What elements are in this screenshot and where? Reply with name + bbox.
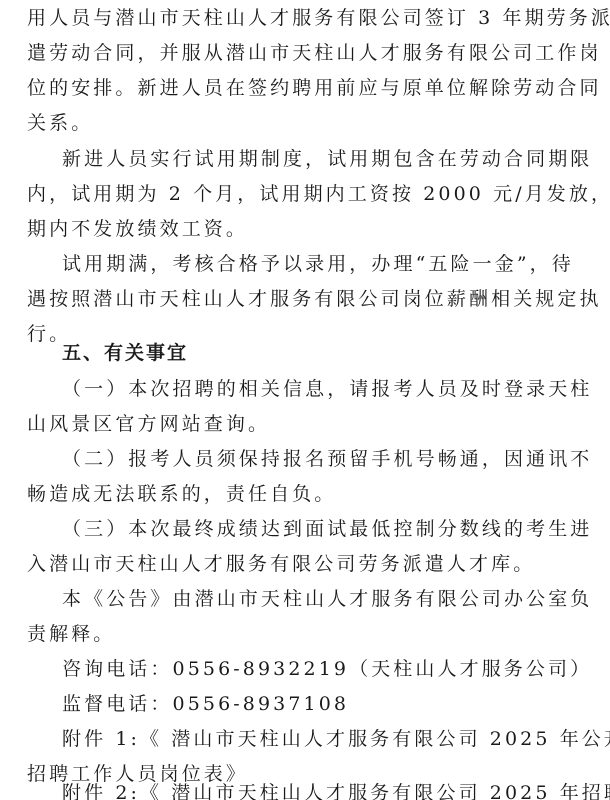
consult-phone-line: 咨询电话：0556-8932219（天柱山人才服务公司）	[62, 655, 483, 683]
attachment-1-line: 附件 1:《 潜山市天柱山人才服务有限公司 2025 年公开	[62, 725, 483, 753]
text-line-18: 本《公告》由潜山市天柱山人才服务有限公司办公室负	[62, 585, 483, 613]
text-line-16: （三）本次最终成绩达到面试最低控制分数线的考生进	[62, 515, 483, 543]
text-line-1: 用人员与潜山市天柱山人才服务有限公司签订 3 年期劳务派	[27, 4, 483, 32]
text-line-17: 入潜山市天柱山人才服务有限公司劳务派遣人才库。	[27, 550, 483, 578]
text-line-12: （一）本次招聘的相关信息，请报考人员及时登录天柱	[62, 375, 483, 403]
section-heading: 五、有关事宜	[62, 339, 483, 367]
attachment-2-line: 附件 2:《 潜山市天柱山人才服务有限公司 2025 年招聘	[62, 779, 483, 800]
text-line-3: 位的安排。新进人员在签约聘用前应与原单位解除劳动合同	[27, 74, 483, 102]
text-line-19: 责解释。	[27, 620, 483, 648]
text-line-7: 期内不发放绩效工资。	[27, 215, 483, 243]
text-line-13: 山风景区官方网站查询。	[27, 410, 483, 438]
text-line-15: 畅造成无法联系的，责任自负。	[27, 480, 483, 508]
document-page: 用人员与潜山市天柱山人才服务有限公司签订 3 年期劳务派 遣劳动合同，并服从潜山…	[0, 0, 610, 800]
text-line-9: 遇按照潜山市天柱山人才服务有限公司岗位薪酬相关规定执	[27, 285, 483, 313]
text-line-4: 关系。	[27, 109, 483, 137]
text-line-2: 遣劳动合同，并服从潜山市天柱山人才服务有限公司工作岗	[27, 39, 483, 67]
supervise-phone-line: 监督电话：0556-8937108	[62, 690, 483, 718]
text-line-8: 试用期满，考核合格予以录用，办理“五险一金”，待	[62, 250, 483, 278]
text-line-14: （二）报考人员须保持报名预留手机号畅通，因通讯不	[62, 445, 483, 473]
text-line-6: 内，试用期为 2 个月，试用期内工资按 2000 元/月发放，试用	[27, 180, 483, 208]
text-line-5: 新进人员实行试用期制度，试用期包含在劳动合同期限	[62, 145, 483, 173]
